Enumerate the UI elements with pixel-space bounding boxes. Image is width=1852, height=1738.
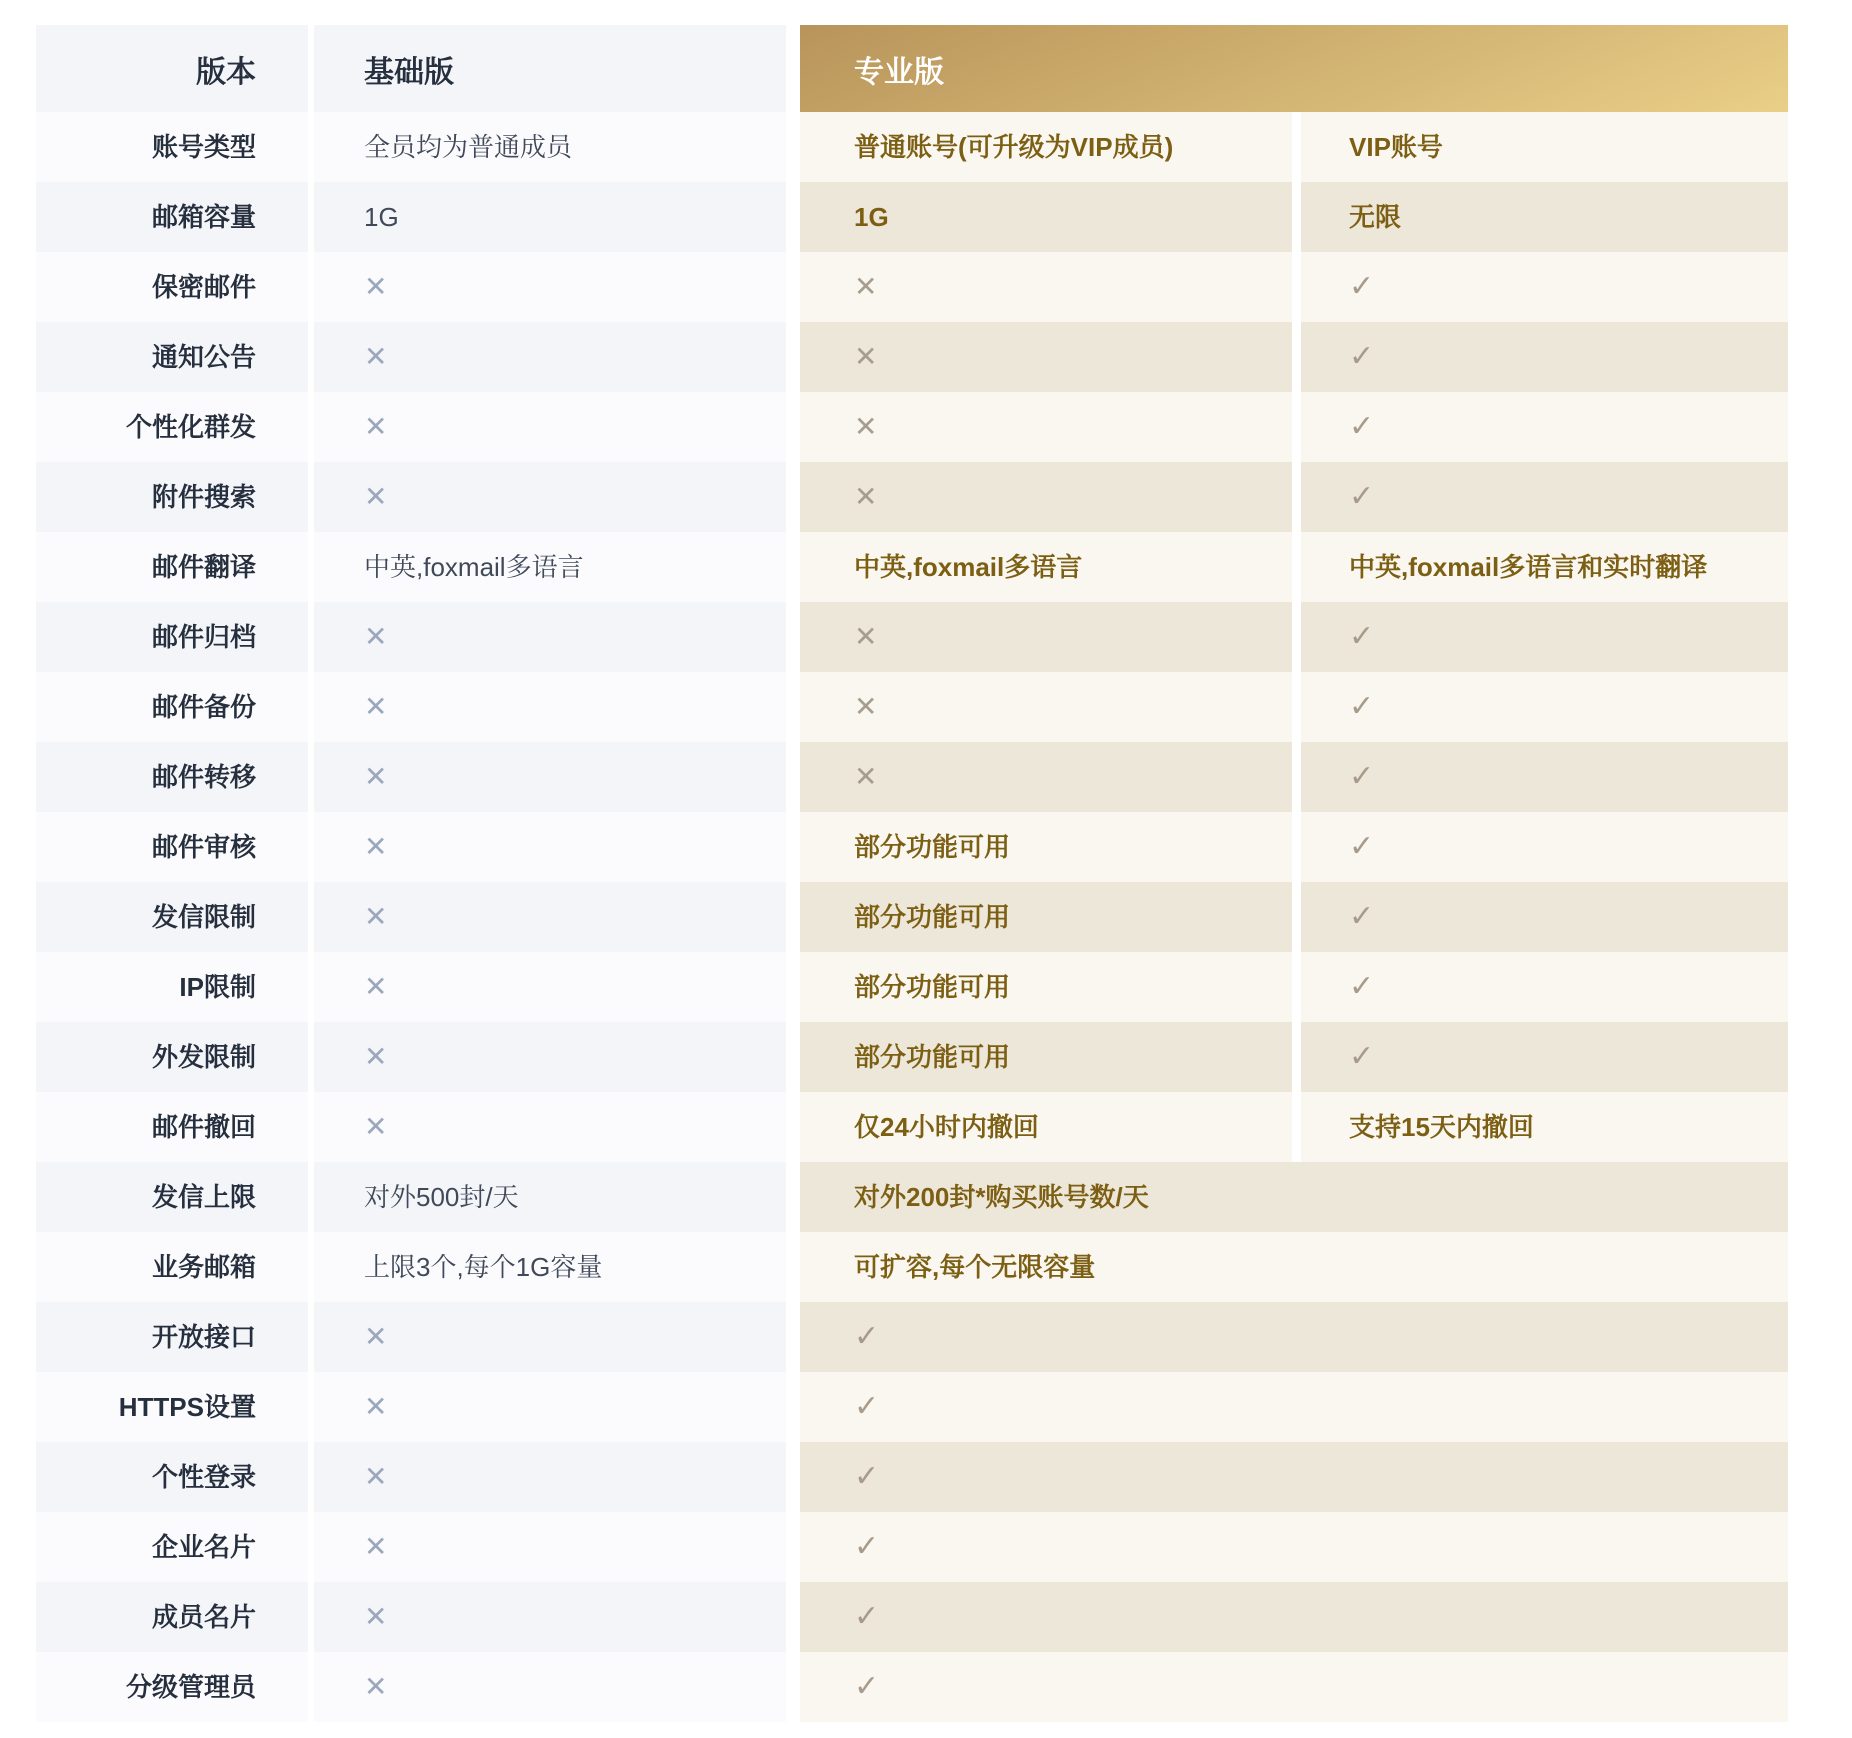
table-header-row: 版本 基础版 专业版 [36, 25, 1788, 112]
feature-label: 发信上限 [152, 1181, 256, 1214]
pro-normal-cell: 仅24小时内撤回 [800, 1092, 1292, 1162]
header-version-label: 版本 [196, 47, 256, 91]
column-gap [1292, 112, 1301, 182]
pro-normal-cell: 部分功能可用 [800, 1022, 1292, 1092]
check-icon: ✓ [1349, 832, 1374, 862]
check-icon: ✓ [854, 1462, 879, 1492]
column-gap [1292, 392, 1301, 462]
table-row: 附件搜索✕✕✓ [36, 462, 1788, 532]
check-icon: ✓ [1349, 342, 1374, 372]
check-icon: ✓ [854, 1532, 879, 1562]
basic-value-cell: ✕ [314, 1372, 786, 1442]
column-gap [786, 1162, 800, 1232]
basic-value-text: 全员均为普通成员 [364, 131, 572, 164]
pro-span-cell: ✓ [800, 1372, 1788, 1442]
cross-icon: ✕ [364, 693, 387, 721]
table-row: 个性登录✕✓ [36, 1442, 1788, 1512]
column-gap [786, 1512, 800, 1582]
feature-label-cell: 开放接口 [36, 1302, 308, 1372]
cross-icon: ✕ [364, 1533, 387, 1561]
check-icon: ✓ [1349, 622, 1374, 652]
cross-icon: ✕ [364, 1603, 387, 1631]
pro-normal-cell: 部分功能可用 [800, 882, 1292, 952]
column-gap [786, 1302, 800, 1372]
column-gap [786, 1372, 800, 1442]
column-gap [1292, 462, 1301, 532]
pro-vip-cell: ✓ [1301, 252, 1788, 322]
column-gap [786, 322, 800, 392]
feature-label: 保密邮件 [152, 271, 256, 304]
column-gap [786, 952, 800, 1022]
pro-vip-cell: ✓ [1301, 742, 1788, 812]
basic-value-text: 上限3个,每个1G容量 [364, 1251, 602, 1284]
pro-normal-cell: ✕ [800, 602, 1292, 672]
column-gap [1292, 952, 1301, 1022]
check-icon: ✓ [1349, 412, 1374, 442]
pro-value-text: 部分功能可用 [854, 1041, 1010, 1074]
feature-label: 账号类型 [152, 131, 256, 164]
table-row: 外发限制✕部分功能可用✓ [36, 1022, 1788, 1092]
pro-vip-cell: 中英,foxmail多语言和实时翻译 [1301, 532, 1788, 602]
pro-normal-cell: 1G [800, 182, 1292, 252]
pro-vip-cell: ✓ [1301, 322, 1788, 392]
pro-normal-cell: ✕ [800, 672, 1292, 742]
basic-value-cell: ✕ [314, 1442, 786, 1512]
cross-icon: ✕ [854, 623, 877, 651]
pro-vip-cell: ✓ [1301, 1022, 1788, 1092]
column-gap [786, 182, 800, 252]
feature-label: 邮箱容量 [152, 201, 256, 234]
table-row: 邮件备份✕✕✓ [36, 672, 1788, 742]
basic-value-cell: ✕ [314, 1652, 786, 1722]
basic-value-cell: ✕ [314, 812, 786, 882]
feature-label: 企业名片 [152, 1531, 256, 1564]
basic-value-text: 中英,foxmail多语言 [364, 551, 584, 584]
table-row: 企业名片✕✓ [36, 1512, 1788, 1582]
pro-span-cell: ✓ [800, 1442, 1788, 1512]
table-row: 邮件翻译中英,foxmail多语言中英,foxmail多语言中英,foxmail… [36, 532, 1788, 602]
cross-icon: ✕ [364, 973, 387, 1001]
feature-label: 开放接口 [152, 1321, 256, 1354]
pro-span-cell: 可扩容,每个无限容量 [800, 1232, 1788, 1302]
feature-label: 发信限制 [152, 901, 256, 934]
feature-label: 分级管理员 [126, 1671, 256, 1704]
column-gap [786, 812, 800, 882]
feature-label-cell: 企业名片 [36, 1512, 308, 1582]
pro-value-text: 中英,foxmail多语言和实时翻译 [1349, 551, 1707, 584]
table-row: 成员名片✕✓ [36, 1582, 1788, 1652]
check-icon: ✓ [854, 1672, 879, 1702]
check-icon: ✓ [1349, 1042, 1374, 1072]
column-gap [1292, 672, 1301, 742]
feature-label: 邮件审核 [152, 831, 256, 864]
cross-icon: ✕ [364, 1113, 387, 1141]
pro-value-text: 仅24小时内撤回 [854, 1111, 1039, 1144]
basic-value-text: 对外500封/天 [364, 1181, 519, 1214]
column-gap [786, 672, 800, 742]
feature-label: 邮件翻译 [152, 551, 256, 584]
feature-label-cell: 通知公告 [36, 322, 308, 392]
table-row: 邮件撤回✕仅24小时内撤回支持15天内撤回 [36, 1092, 1788, 1162]
pro-span-cell: ✓ [800, 1652, 1788, 1722]
column-gap [1292, 182, 1301, 252]
basic-value-cell: ✕ [314, 1022, 786, 1092]
table-body: 账号类型全员均为普通成员普通账号(可升级为VIP成员)VIP账号邮箱容量1G1G… [36, 112, 1788, 1722]
cross-icon: ✕ [364, 1393, 387, 1421]
basic-value-cell: ✕ [314, 1582, 786, 1652]
feature-label-cell: 个性登录 [36, 1442, 308, 1512]
basic-value-cell: 上限3个,每个1G容量 [314, 1232, 786, 1302]
feature-label-cell: 发信上限 [36, 1162, 308, 1232]
table-row: 保密邮件✕✕✓ [36, 252, 1788, 322]
cross-icon: ✕ [364, 273, 387, 301]
pro-value-text: 普通账号(可升级为VIP成员) [854, 131, 1173, 164]
cross-icon: ✕ [854, 273, 877, 301]
feature-label-cell: 成员名片 [36, 1582, 308, 1652]
feature-label-cell: 业务邮箱 [36, 1232, 308, 1302]
basic-value-cell: ✕ [314, 602, 786, 672]
feature-label: 通知公告 [152, 341, 256, 374]
cross-icon: ✕ [854, 763, 877, 791]
feature-label-cell: 发信限制 [36, 882, 308, 952]
table-row: 分级管理员✕✓ [36, 1652, 1788, 1722]
pro-vip-cell: ✓ [1301, 392, 1788, 462]
feature-label-cell: 邮件归档 [36, 602, 308, 672]
basic-value-cell: ✕ [314, 742, 786, 812]
basic-value-cell: ✕ [314, 462, 786, 532]
cross-icon: ✕ [364, 413, 387, 441]
check-icon: ✓ [1349, 692, 1374, 722]
feature-label-cell: HTTPS设置 [36, 1372, 308, 1442]
feature-label-cell: 邮件审核 [36, 812, 308, 882]
pro-value-text: 支持15天内撤回 [1349, 1111, 1534, 1144]
basic-value-cell: ✕ [314, 1092, 786, 1162]
cross-icon: ✕ [364, 833, 387, 861]
table-row: 业务邮箱上限3个,每个1G容量可扩容,每个无限容量 [36, 1232, 1788, 1302]
cross-icon: ✕ [364, 623, 387, 651]
column-gap [1292, 252, 1301, 322]
table-row: 邮件归档✕✕✓ [36, 602, 1788, 672]
pro-normal-cell: 普通账号(可升级为VIP成员) [800, 112, 1292, 182]
column-gap [786, 25, 800, 112]
pro-vip-cell: VIP账号 [1301, 112, 1788, 182]
column-gap [1292, 812, 1301, 882]
feature-label: 外发限制 [152, 1041, 256, 1074]
pro-normal-cell: ✕ [800, 252, 1292, 322]
column-gap [786, 532, 800, 602]
header-basic-cell: 基础版 [314, 25, 786, 112]
feature-label-cell: 邮件撤回 [36, 1092, 308, 1162]
table-row: 开放接口✕✓ [36, 1302, 1788, 1372]
basic-value-cell: ✕ [314, 1512, 786, 1582]
basic-value-cell: ✕ [314, 322, 786, 392]
column-gap [786, 602, 800, 672]
feature-label: 个性登录 [152, 1461, 256, 1494]
pro-vip-cell: ✓ [1301, 952, 1788, 1022]
feature-label-cell: 保密邮件 [36, 252, 308, 322]
check-icon: ✓ [1349, 272, 1374, 302]
feature-label: HTTPS设置 [119, 1391, 256, 1424]
table-row: 发信限制✕部分功能可用✓ [36, 882, 1788, 952]
column-gap [1292, 882, 1301, 952]
column-gap [786, 112, 800, 182]
cross-icon: ✕ [854, 483, 877, 511]
header-basic-label: 基础版 [364, 47, 454, 91]
feature-label-cell: 邮件翻译 [36, 532, 308, 602]
feature-label-cell: 分级管理员 [36, 1652, 308, 1722]
feature-label-cell: 个性化群发 [36, 392, 308, 462]
pro-normal-cell: 部分功能可用 [800, 952, 1292, 1022]
column-gap [786, 882, 800, 952]
check-icon: ✓ [854, 1602, 879, 1632]
pro-value-text: 可扩容,每个无限容量 [854, 1251, 1095, 1284]
basic-value-cell: ✕ [314, 882, 786, 952]
pro-vip-cell: ✓ [1301, 812, 1788, 882]
table-row: 邮件转移✕✕✓ [36, 742, 1788, 812]
pro-vip-cell: ✓ [1301, 462, 1788, 532]
column-gap [1292, 1092, 1301, 1162]
pro-normal-cell: ✕ [800, 742, 1292, 812]
header-version-cell: 版本 [36, 25, 308, 112]
column-gap [786, 1442, 800, 1512]
comparison-table: 版本 基础版 专业版 账号类型全员均为普通成员普通账号(可升级为VIP成员)VI… [36, 25, 1788, 1722]
basic-value-cell: 对外500封/天 [314, 1162, 786, 1232]
basic-value-text: 1G [364, 201, 399, 234]
pro-value-text: 部分功能可用 [854, 971, 1010, 1004]
check-icon: ✓ [1349, 902, 1374, 932]
table-row: 账号类型全员均为普通成员普通账号(可升级为VIP成员)VIP账号 [36, 112, 1788, 182]
feature-label: 成员名片 [152, 1601, 256, 1634]
check-icon: ✓ [1349, 762, 1374, 792]
cross-icon: ✕ [364, 343, 387, 371]
feature-label-cell: 附件搜索 [36, 462, 308, 532]
column-gap [786, 462, 800, 532]
table-row: 通知公告✕✕✓ [36, 322, 1788, 392]
pro-value-text: 1G [854, 201, 889, 234]
pro-normal-cell: ✕ [800, 392, 1292, 462]
pro-vip-cell: ✓ [1301, 882, 1788, 952]
pro-value-text: 对外200封*购买账号数/天 [854, 1181, 1149, 1214]
column-gap [1292, 742, 1301, 812]
column-gap [1292, 1022, 1301, 1092]
basic-value-cell: ✕ [314, 1302, 786, 1372]
feature-label: 业务邮箱 [152, 1251, 256, 1284]
pro-value-text: 部分功能可用 [854, 901, 1010, 934]
check-icon: ✓ [1349, 972, 1374, 1002]
column-gap [1292, 322, 1301, 392]
pro-span-cell: ✓ [800, 1582, 1788, 1652]
header-pro-cell: 专业版 [800, 25, 1788, 112]
feature-label: 邮件撤回 [152, 1111, 256, 1144]
column-gap [1292, 602, 1301, 672]
pro-span-cell: ✓ [800, 1512, 1788, 1582]
cross-icon: ✕ [364, 1463, 387, 1491]
column-gap [1292, 532, 1301, 602]
feature-label: 邮件转移 [152, 761, 256, 794]
table-row: 邮箱容量1G1G无限 [36, 182, 1788, 252]
column-gap [786, 742, 800, 812]
pro-value-text: VIP账号 [1349, 131, 1443, 164]
pro-normal-cell: 部分功能可用 [800, 812, 1292, 882]
feature-label-cell: 邮箱容量 [36, 182, 308, 252]
pro-vip-cell: 支持15天内撤回 [1301, 1092, 1788, 1162]
pro-span-cell: ✓ [800, 1302, 1788, 1372]
check-icon: ✓ [854, 1392, 879, 1422]
table-row: 个性化群发✕✕✓ [36, 392, 1788, 462]
feature-label-cell: 外发限制 [36, 1022, 308, 1092]
check-icon: ✓ [854, 1322, 879, 1352]
column-gap [786, 1652, 800, 1722]
basic-value-cell: ✕ [314, 252, 786, 322]
cross-icon: ✕ [364, 1673, 387, 1701]
cross-icon: ✕ [854, 413, 877, 441]
pro-normal-cell: 中英,foxmail多语言 [800, 532, 1292, 602]
feature-label: 邮件归档 [152, 621, 256, 654]
table-row: HTTPS设置✕✓ [36, 1372, 1788, 1442]
cross-icon: ✕ [364, 903, 387, 931]
basic-value-cell: 中英,foxmail多语言 [314, 532, 786, 602]
cross-icon: ✕ [854, 343, 877, 371]
cross-icon: ✕ [854, 693, 877, 721]
feature-label: 附件搜索 [152, 481, 256, 514]
column-gap [786, 252, 800, 322]
basic-value-cell: ✕ [314, 952, 786, 1022]
table-row: IP限制✕部分功能可用✓ [36, 952, 1788, 1022]
column-gap [786, 392, 800, 462]
basic-value-cell: ✕ [314, 672, 786, 742]
basic-value-cell: 全员均为普通成员 [314, 112, 786, 182]
header-pro-label: 专业版 [854, 47, 944, 91]
feature-label-cell: IP限制 [36, 952, 308, 1022]
feature-label-cell: 账号类型 [36, 112, 308, 182]
table-row: 发信上限对外500封/天对外200封*购买账号数/天 [36, 1162, 1788, 1232]
pro-normal-cell: ✕ [800, 462, 1292, 532]
cross-icon: ✕ [364, 1043, 387, 1071]
feature-label-cell: 邮件备份 [36, 672, 308, 742]
table-row: 邮件审核✕部分功能可用✓ [36, 812, 1788, 882]
column-gap [786, 1582, 800, 1652]
basic-value-cell: ✕ [314, 392, 786, 462]
basic-value-cell: 1G [314, 182, 786, 252]
pro-normal-cell: ✕ [800, 322, 1292, 392]
feature-label: 个性化群发 [126, 411, 256, 444]
feature-label: IP限制 [179, 971, 256, 1004]
pro-vip-cell: ✓ [1301, 602, 1788, 672]
cross-icon: ✕ [364, 1323, 387, 1351]
pro-value-text: 无限 [1349, 201, 1401, 234]
pro-vip-cell: ✓ [1301, 672, 1788, 742]
feature-label-cell: 邮件转移 [36, 742, 308, 812]
pro-span-cell: 对外200封*购买账号数/天 [800, 1162, 1788, 1232]
cross-icon: ✕ [364, 483, 387, 511]
pro-vip-cell: 无限 [1301, 182, 1788, 252]
column-gap [786, 1022, 800, 1092]
pro-value-text: 部分功能可用 [854, 831, 1010, 864]
column-gap [786, 1092, 800, 1162]
column-gap [786, 1232, 800, 1302]
cross-icon: ✕ [364, 763, 387, 791]
pro-value-text: 中英,foxmail多语言 [854, 551, 1082, 584]
feature-label: 邮件备份 [152, 691, 256, 724]
check-icon: ✓ [1349, 482, 1374, 512]
